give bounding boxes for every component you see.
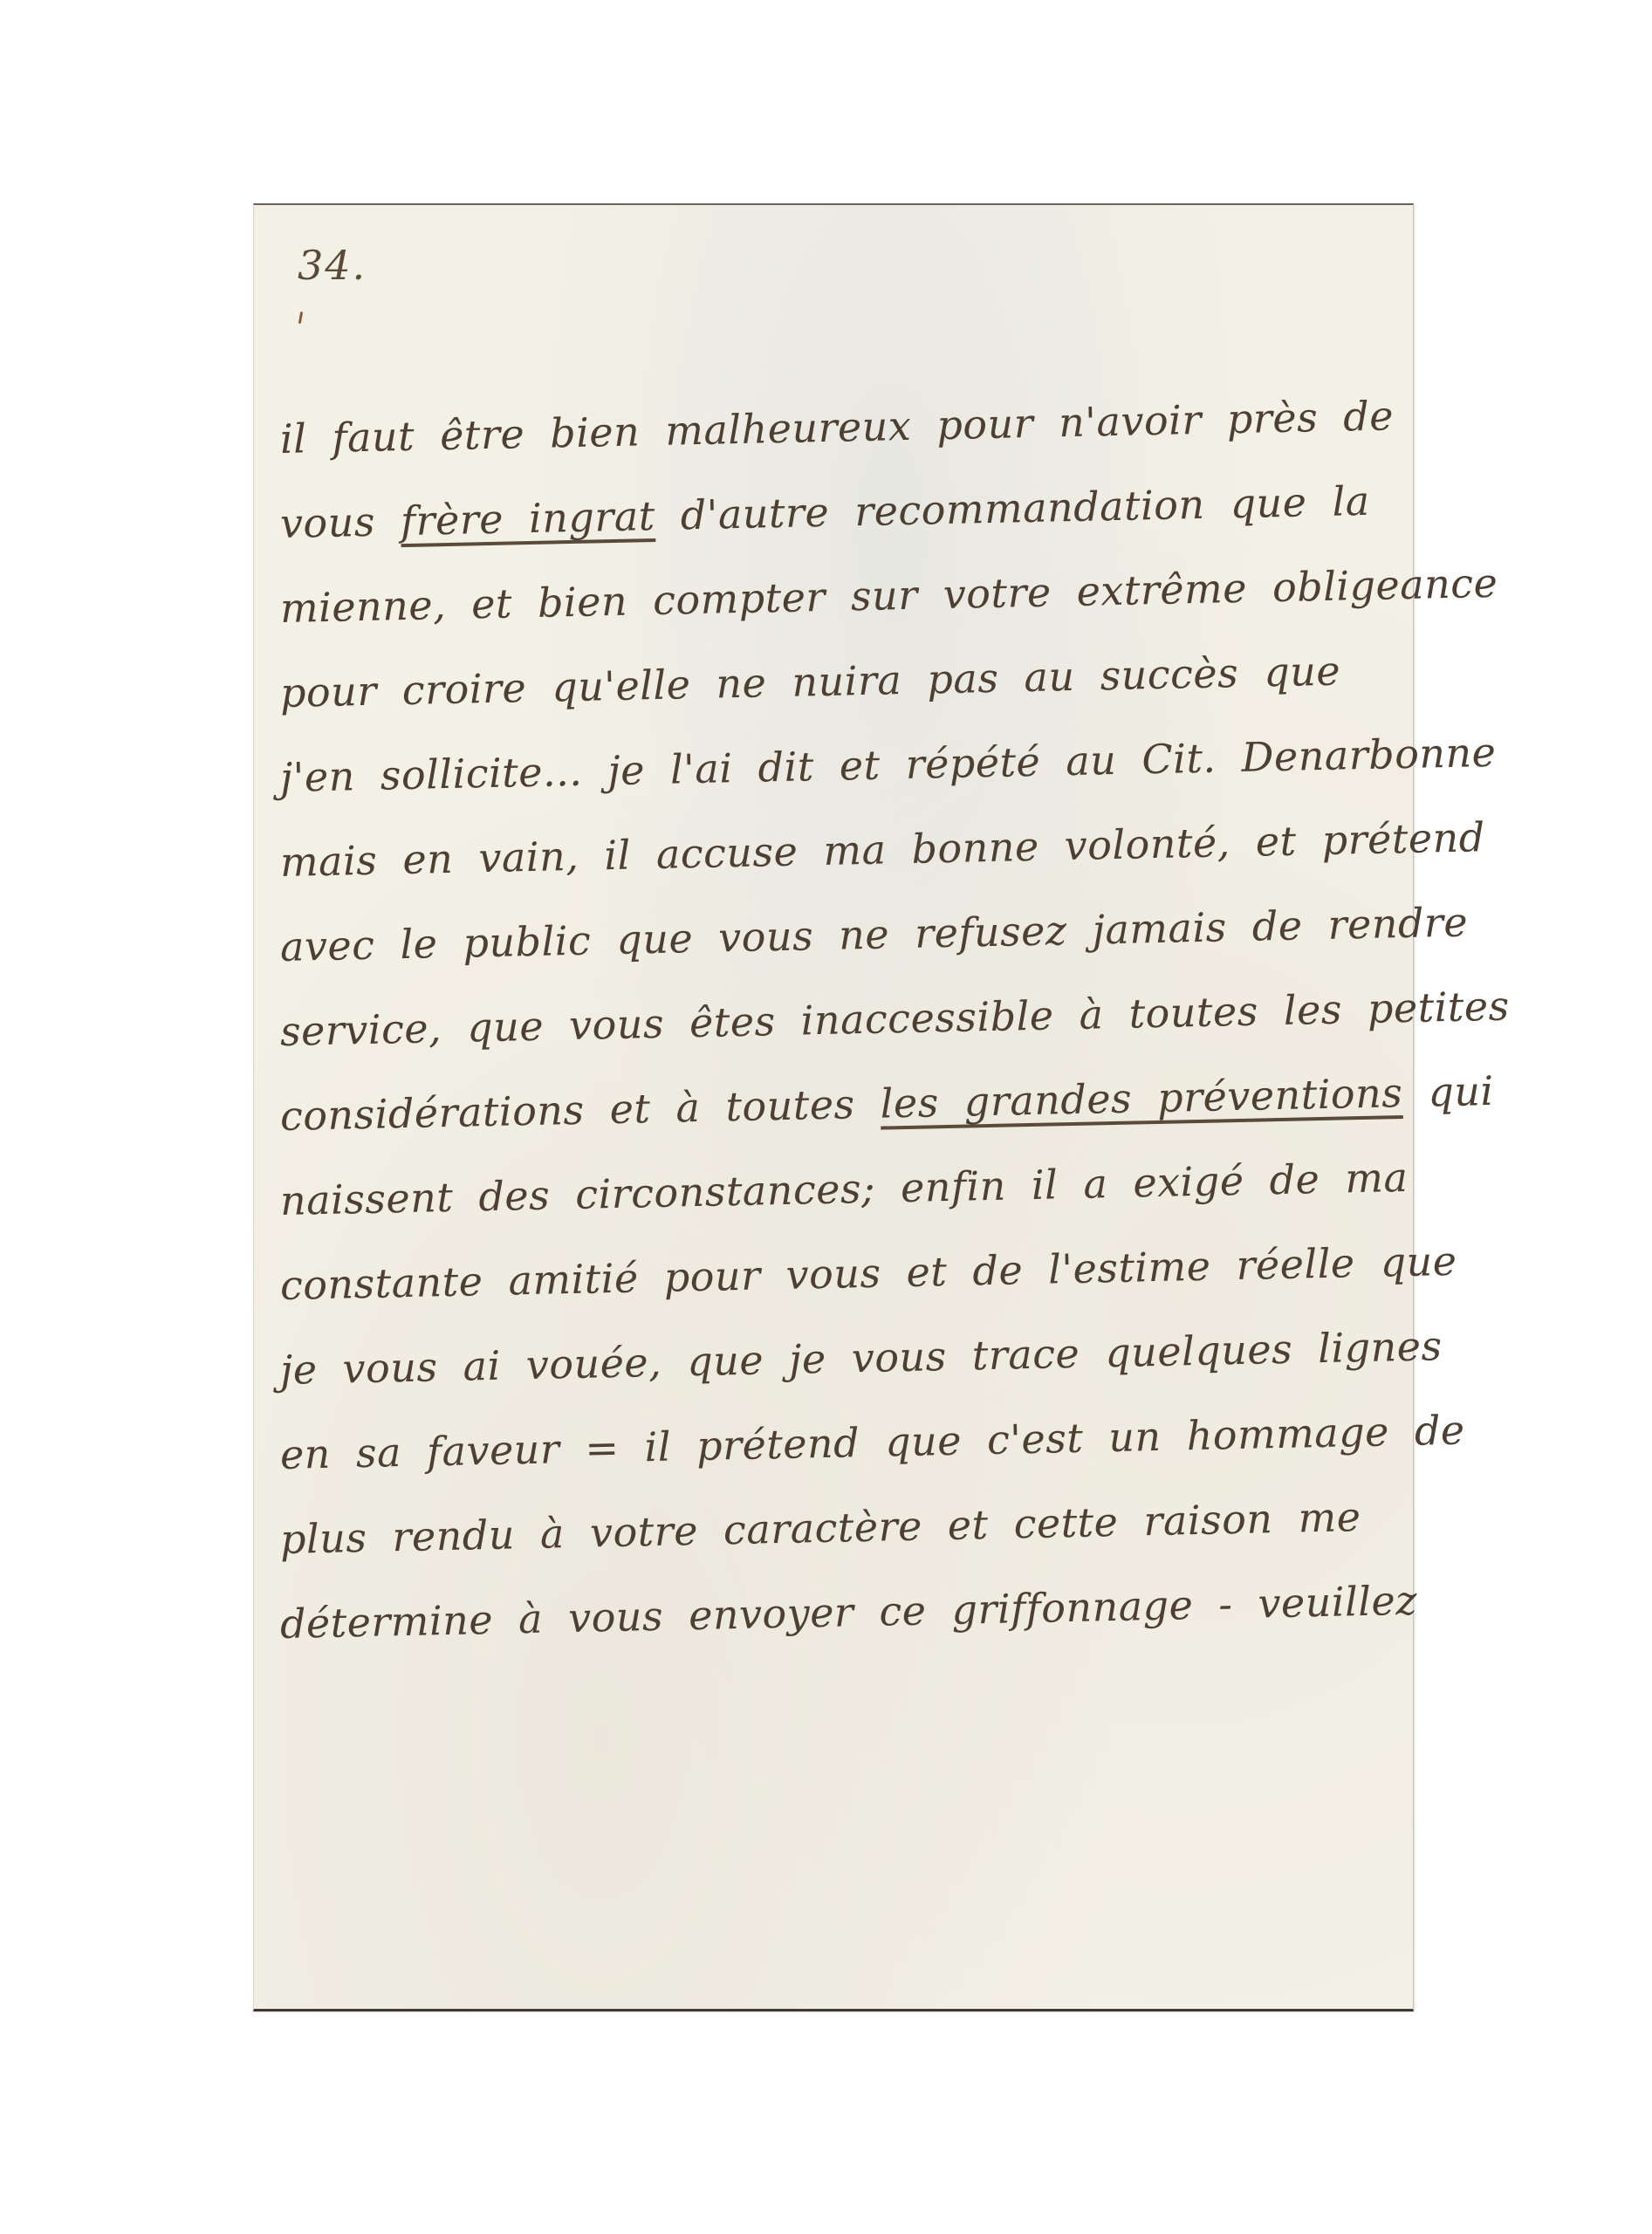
letter-page: 34. il faut être bien malheureux pour n'…	[253, 203, 1414, 2011]
underlined-phrase: les grandes préventions	[880, 1069, 1403, 1127]
text-segment: considérations et à toutes	[279, 1080, 881, 1140]
text-segment: qui	[1402, 1067, 1495, 1116]
text-segment: vous	[279, 497, 401, 547]
text-segment: d'autre recommandation que la	[655, 477, 1370, 539]
handwritten-text: il faut être bien malheureux pour n'avoi…	[280, 397, 1397, 1667]
underlined-phrase: frère ingrat	[400, 492, 655, 545]
page-number: 34.	[298, 242, 367, 289]
ink-mark	[298, 312, 303, 324]
